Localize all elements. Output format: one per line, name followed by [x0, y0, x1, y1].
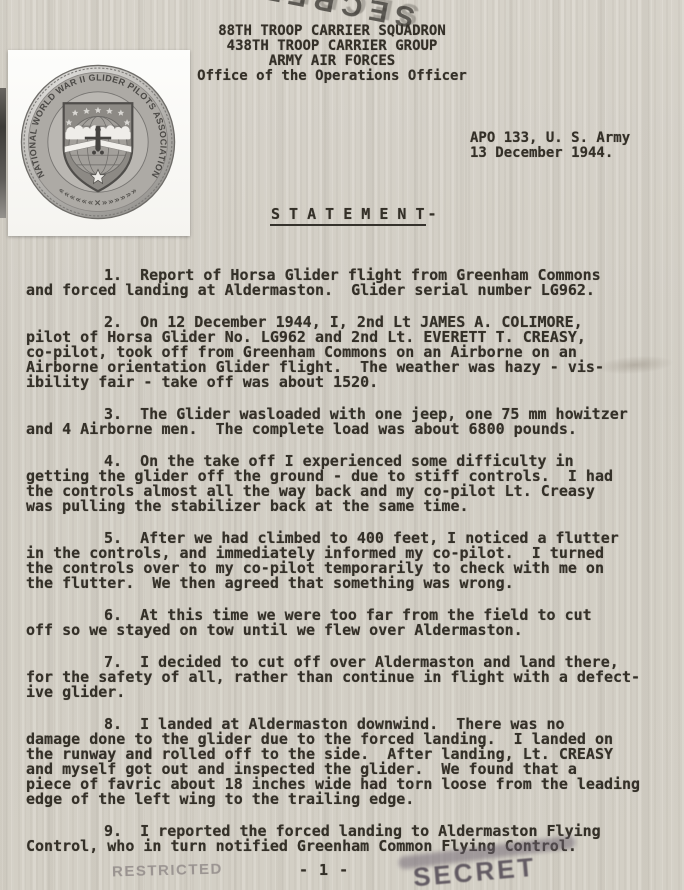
statement-paragraph-6: 6. At this time we were too far from the… — [26, 608, 670, 638]
statement-title: S T A T E M E N T- — [270, 206, 437, 222]
statement-paragraph-8: 8. I landed at Aldermaston downwind. The… — [26, 717, 670, 807]
statement-title-text: S T A T E M E N T — [270, 205, 426, 226]
page-number: - 1 - — [299, 861, 349, 879]
statement-title-dash: - — [428, 205, 437, 223]
statement-paragraph-3: 3. The Glider wasloaded with one jeep, o… — [26, 407, 670, 437]
statement-paragraph-7: 7. I decided to cut off over Aldermaston… — [26, 655, 670, 700]
statement-paragraph-1: 1. Report of Horsa Glider flight from Gr… — [26, 268, 670, 298]
statement-paragraph-4: 4. On the take off I experienced some di… — [26, 454, 670, 514]
medallion-photo: NATIONAL WORLD WAR II GLIDER PILOTS ASSO… — [8, 50, 190, 236]
letterhead: 88TH TROOP CARRIER SQUADRON 438TH TROOP … — [186, 24, 478, 84]
document-page: SECRET NATIO — [0, 0, 684, 890]
dateline: APO 133, U. S. Army 13 December 1944. — [470, 131, 630, 161]
statement-body: 1. Report of Horsa Glider flight from Gr… — [26, 268, 670, 871]
statement-paragraph-5: 5. After we had climbed to 400 feet, I n… — [26, 531, 670, 591]
restricted-stamp: RESTRICTED — [112, 861, 223, 881]
statement-paragraph-2: 2. On 12 December 1944, I, 2nd Lt JAMES … — [26, 315, 670, 390]
scan-edge-artifact — [0, 88, 6, 218]
glider-pilots-association-medallion-icon: NATIONAL WORLD WAR II GLIDER PILOTS ASSO… — [10, 54, 186, 230]
